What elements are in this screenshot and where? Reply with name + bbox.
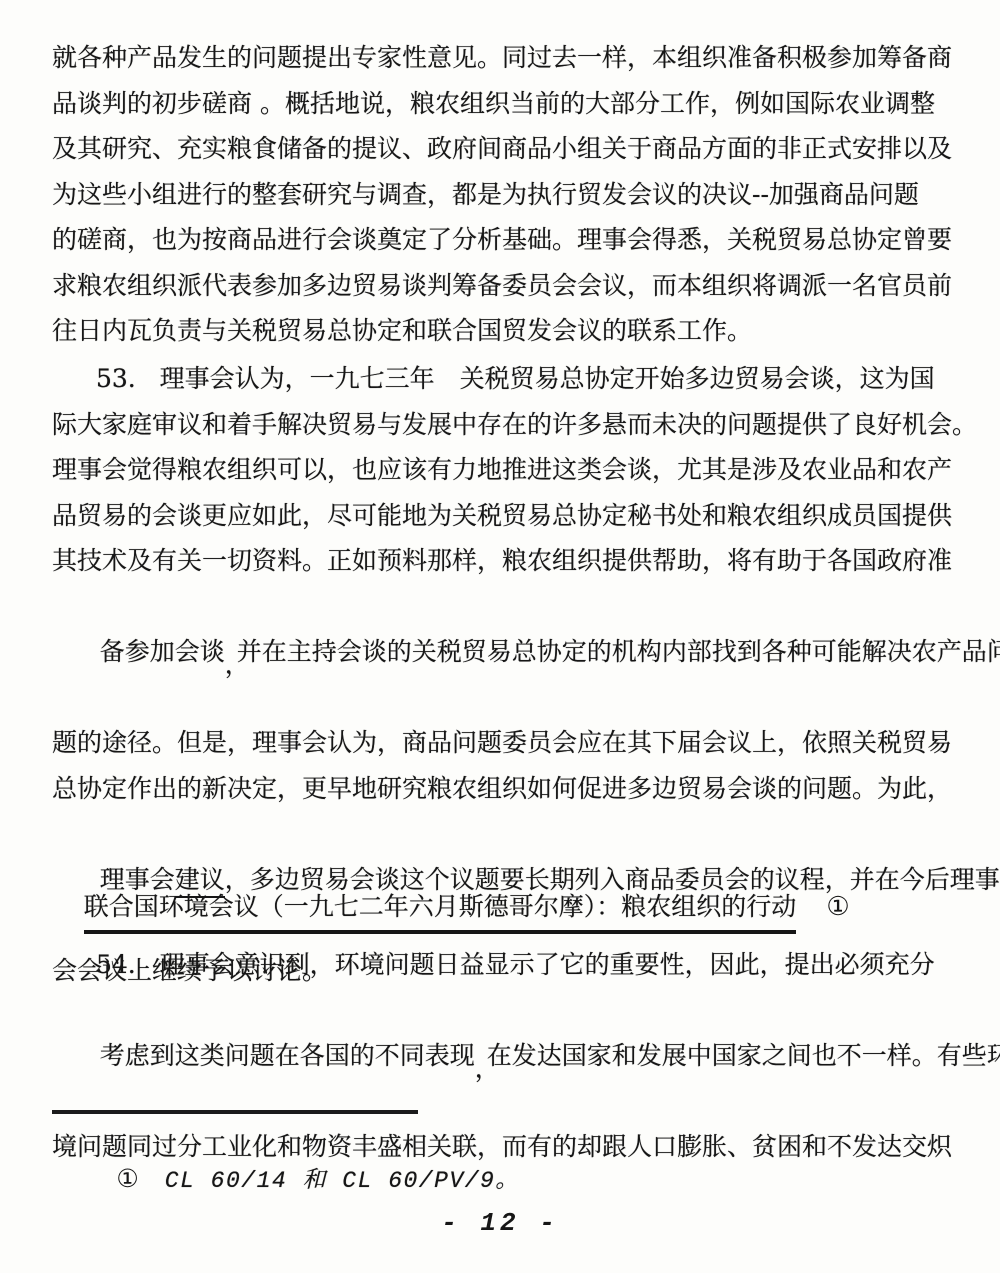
- page-number: - 12 -: [0, 1208, 1000, 1238]
- text-line: 其技术及有关一切资料。正如预料那样，粮农组织提供帮助，将有助于各国政府准: [52, 538, 964, 584]
- text-segment: 在发达国家和发展中国家之间也不一样。有些环: [487, 1041, 1000, 1070]
- dropped-comma: ，: [225, 642, 237, 688]
- text-line: 就各种产品发生的问题提出专家性意见。同过去一样，本组织准备积极参加筹备商: [52, 35, 964, 81]
- text-line: 54. 理事会意识到，环境问题日益显示了它的重要性，因此，提出必须充分: [52, 942, 964, 988]
- text-segment: 并在主持会谈的关税贸易总协定的机构内部找到各种可能解决农产品问: [237, 637, 1000, 666]
- text-line: 总协定作出的新决定，更早地研究粮农组织如何促进多边贸易会谈的问题。为此，: [52, 766, 964, 812]
- footnote-ref-marker: ①: [826, 892, 849, 922]
- text-line: 品谈判的初步磋商 。概括地说，粮农组织当前的大部分工作，例如国际农业调整: [52, 81, 964, 127]
- text-line: 际大家庭审议和着手解决贸易与发展中存在的许多悬而未决的问题提供了良好机会。: [52, 402, 964, 448]
- footnote-text: CL 60/14 和 CL 60/PV/9。: [165, 1168, 520, 1194]
- section-heading-text: 联合国环境会议（一九七二年六月斯德哥尔摩）：粮农组织的行动: [84, 892, 797, 934]
- text-line: 往日内瓦负责与关税贸易总协定和联合国贸发会议的联系工作。: [52, 308, 964, 354]
- text-line: 53. 理事会认为，一九七三年 关税贸易总协定开始多边贸易会谈，这为国: [52, 356, 964, 402]
- text-line: 理事会觉得粮农组织可以，也应该有力地推进这类会谈，尤其是涉及农业品和农产: [52, 447, 964, 493]
- text-line: 考虑到这类问题在各国的不同表现，在发达国家和发展中国家之间也不一样。有些环: [52, 988, 964, 1125]
- paragraph-52-continuation: 就各种产品发生的问题提出专家性意见。同过去一样，本组织准备积极参加筹备商 品谈判…: [52, 35, 964, 354]
- text-line: 为这些小组进行的整套研究与调查，都是为执行贸发会议的决议--加强商品问题: [52, 172, 964, 218]
- footnote-divider: [52, 1110, 418, 1114]
- document-page: 就各种产品发生的问题提出专家性意见。同过去一样，本组织准备积极参加筹备商 品谈判…: [0, 0, 1000, 1273]
- text-line: 及其研究、充实粮食储备的提议、政府间商品小组关于商品方面的非正式安排以及: [52, 126, 964, 172]
- text-segment: 考虑到这类问题在各国的不同表现: [100, 1041, 475, 1070]
- text-line: 求粮农组织派代表参加多边贸易谈判筹备委员会会议，而本组织将调派一名官员前: [52, 263, 964, 309]
- text-line: 的磋商，也为按商品进行会谈奠定了分析基础。理事会得悉，关税贸易总协定曾要: [52, 217, 964, 263]
- text-line: 品贸易的会谈更应如此，尽可能地为关税贸易总协定秘书处和粮农组织成员国提供: [52, 493, 964, 539]
- text-segment: 备参加会谈: [100, 637, 225, 666]
- dropped-comma: ，: [475, 1046, 487, 1092]
- footnote-marker: ①: [116, 1164, 138, 1193]
- text-line: 题的途径。但是，理事会认为，商品问题委员会应在其下届会议上，依照关税贸易: [52, 720, 964, 766]
- text-line: 备参加会谈，并在主持会谈的关税贸易总协定的机构内部找到各种可能解决农产品问: [52, 584, 964, 721]
